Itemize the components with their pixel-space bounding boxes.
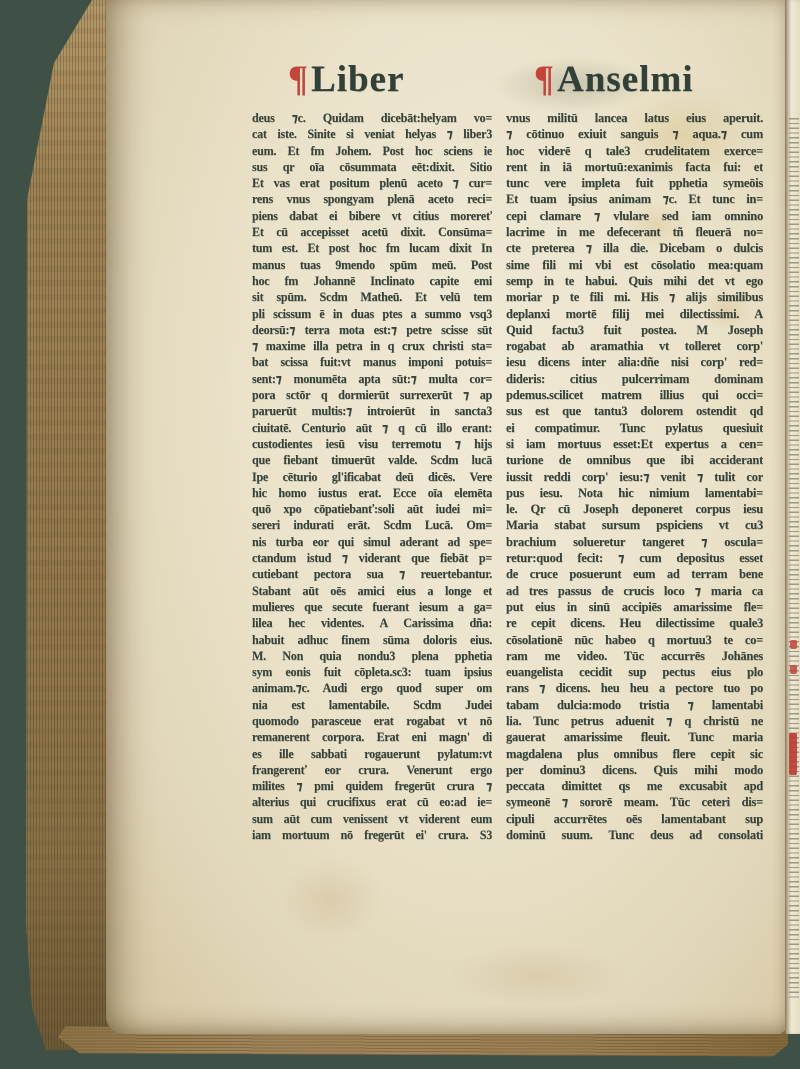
text-line: lacrime in me defecerant tñ fleuerā no= xyxy=(506,224,763,240)
text-line: nia est lamentabile. Scdm Judei xyxy=(252,697,492,713)
text-line: bat scissa fuit:vt manus imponi potuis= xyxy=(252,354,492,370)
text-line: re cepit dicens. Heu dilectissime quale3 xyxy=(506,615,763,631)
text-line: Quid factu3 fuit postea. M Joseph xyxy=(506,322,763,338)
text-line: alterius qui crucifixus erat cū eo:ad ie… xyxy=(252,794,492,810)
text-line: quomodo parasceue erat rogabat vt nō xyxy=(252,713,492,729)
text-line: cte preterea ⁊ illa die. Dicebam o dulci… xyxy=(506,240,763,256)
text-line: dominū suum. Tunc deus ad consolati xyxy=(506,827,763,843)
text-line: remanerent corpora. Erat eni magn' di xyxy=(252,729,492,745)
text-line: pdemus.scilicet matrem illius qui occi= xyxy=(506,387,763,403)
text-line: sus qr oīa cōsummata eēt:dixit. Sitio xyxy=(252,159,492,175)
running-title-left: ¶Liber xyxy=(288,58,404,106)
text-line: symeonē ⁊ sororē meam. Tūc ceteri dis= xyxy=(506,794,763,810)
text-line: pus iesu. Nota hic nimium lamentabi= xyxy=(506,485,763,501)
pilcrow-icon: ¶ xyxy=(288,59,309,100)
text-line: vnus militū lancea latus eius aperuit. xyxy=(506,110,763,126)
text-line: sime fili mi vbi est cōsolatio mea:quam xyxy=(506,257,763,273)
rubric-mark-icon xyxy=(790,665,797,674)
text-line: iesu dicens inter alia:dñe nisi corp' re… xyxy=(506,354,763,370)
text-line: M. Non quia nondu3 plena pphetia xyxy=(252,648,492,664)
text-line: frangerenť eor crura. Venerunt ergo xyxy=(252,762,492,778)
text-line: lia. Tunc petrus aduenit ⁊ q christū ne xyxy=(506,713,763,729)
text-line: milites ⁊ pmi quidem fregerūt crura ⁊ xyxy=(252,778,492,794)
text-line: moriar p te fili mi. His ⁊ alijs similib… xyxy=(506,289,763,305)
text-line: cat iste. Sinite si veniat helyas ⁊ libe… xyxy=(252,126,492,142)
text-line: rent in iā mortuū:exanimis facta fui: et xyxy=(506,159,763,175)
text-line: si iam mortuus esset:Et expertus a cen= xyxy=(506,436,763,452)
text-line: sum aūt cum venissent vt viderent eum xyxy=(252,811,492,827)
facing-page-edge xyxy=(785,0,800,1034)
text-line: Ipe cēturio gl'ificabat deū dicēs. Vere xyxy=(252,469,492,485)
rubric-initial-icon xyxy=(789,733,797,775)
text-line: rens vnus spongyam plenā aceto reci= xyxy=(252,191,492,207)
text-line: Stabant aūt oēs amici eius a longe et xyxy=(252,583,492,599)
text-line: iam mortuum nō fregerūt ei' crura. S3 xyxy=(252,827,492,843)
text-line: tunc vere impleta fuit pphetia symeōis xyxy=(506,175,763,191)
text-line: cipuli accurrētes oēs lamentabant sup xyxy=(506,811,763,827)
paper-stain xyxy=(406,930,666,1020)
text-line: nis turba eor qui simul aderant ad spe= xyxy=(252,534,492,550)
text-line: gauerat amarissime fleuit. Tunc maria xyxy=(506,729,763,745)
running-title-left-text: Liber xyxy=(311,59,404,100)
text-line: Et vas erat positum plenū aceto ⁊ cur= xyxy=(252,175,492,191)
text-line: quō xpo cōpatiebanť:soli aūt iudei mi= xyxy=(252,501,492,517)
paper-stain xyxy=(256,840,406,960)
text-line: Maria stabat sursum pspiciens vt cu3 xyxy=(506,517,763,533)
text-line: deorsū:⁊ terra mota est:⁊ petre scisse s… xyxy=(252,322,492,338)
text-line: ciuitatē. Centurio aūt ⁊ q cū illo erant… xyxy=(252,420,492,436)
text-line: ram me video. Tūc accurrēs Johānes xyxy=(506,648,763,664)
text-line: cepi clamare ⁊ vlulare sed iam omnino xyxy=(506,208,763,224)
text-column-left: deus ⁊c. Quidam dicebāt:helyam vo=cat is… xyxy=(252,110,492,843)
text-line: put eius in sinū accipiēs amarissime fle… xyxy=(506,599,763,615)
text-line: sereri indurati erāt. Scdm Lucā. Om= xyxy=(252,517,492,533)
text-line: cutiebant pectora sua ⁊ reuertebantur. xyxy=(252,566,492,582)
text-line: piens dabat ei bibere vt citius morereť xyxy=(252,208,492,224)
text-line: rogabat ab aramathia vt tolleret corp' xyxy=(506,338,763,354)
pilcrow-icon: ¶ xyxy=(534,59,555,100)
text-line: sit spūm. Scdm Matheū. Et velū tem xyxy=(252,289,492,305)
text-line: retur:quod fecit: ⁊ cum depositus esset xyxy=(506,550,763,566)
text-line: magdalena plus omnibus flere cepit sic xyxy=(506,746,763,762)
text-line: semp in te habui. Quis mihi det vt ego xyxy=(506,273,763,289)
text-line: habuit adhuc finem sūma doloris eius. xyxy=(252,632,492,648)
text-column-right: vnus militū lancea latus eius aperuit.⁊ … xyxy=(506,110,763,843)
text-line: le. Qr cū Joseph deponeret corpus iesu xyxy=(506,501,763,517)
text-line: brachium solueretur tangeret ⁊ oscula= xyxy=(506,534,763,550)
text-line: deus ⁊c. Quidam dicebāt:helyam vo= xyxy=(252,110,492,126)
text-line: manus tuas 9mendo spūm meū. Post xyxy=(252,257,492,273)
text-line: tabam dulcia:modo tristia ⁊ lamentabi xyxy=(506,697,763,713)
text-line: paruerūt multis:⁊ introierūt in sancta3 xyxy=(252,403,492,419)
text-line: ctandum istud ⁊ viderant que fiebāt p= xyxy=(252,550,492,566)
text-line: ei compatimur. Tunc pylatus quesiuit xyxy=(506,420,763,436)
facing-page-textlines xyxy=(789,118,799,998)
text-line: sent:⁊ monumēta apta sūt:⁊ multa cor= xyxy=(252,371,492,387)
text-line: hoc fm Johannē Inclinato capite emi xyxy=(252,273,492,289)
scan-background: ¶Liber ¶Anselmi deus ⁊c. Quidam dicebāt:… xyxy=(0,0,800,1069)
text-line: turione de omnibus que ibi acciderant xyxy=(506,452,763,468)
text-line: euangelista cecidit sup pectus eius plo xyxy=(506,664,763,680)
text-line: ⁊ cōtinuo exiuit sanguis ⁊ aqua.⁊ cum xyxy=(506,126,763,142)
text-line: sus est que tantu3 dolorem ostendit qd xyxy=(506,403,763,419)
text-line: per dominu3 dicens. Quis mihi modo xyxy=(506,762,763,778)
running-title-right: ¶Anselmi xyxy=(534,58,693,106)
text-line: cōsolationē nūc habeo q mortuu3 te co= xyxy=(506,632,763,648)
text-line: sym eonis fuit cōpleta.sc3: tuam ipsius xyxy=(252,664,492,680)
text-line: Et tuam ipsius animam ⁊c. Et tunc in= xyxy=(506,191,763,207)
text-line: animam.⁊c. Audi ergo quod super om xyxy=(252,680,492,696)
rubric-mark-icon xyxy=(790,640,797,649)
text-line: es ille sabbati rogauerunt pylatum:vt xyxy=(252,746,492,762)
text-line: custodientes iesū visu terremotu ⁊ hijs xyxy=(252,436,492,452)
text-line: que fiebant timuerūt valde. Scdm lucā xyxy=(252,452,492,468)
text-line: dideris: citius pulcerrimam dominam xyxy=(506,371,763,387)
text-line: pli scissum ē in duas ptes a summo vsq3 xyxy=(252,306,492,322)
incunabulum-scan: { "header": { "pilcrow": "¶", "left_titl… xyxy=(0,0,800,1069)
text-line: ad tres passus de crucis loco ⁊ maria ca xyxy=(506,583,763,599)
text-line: tum est. Et post hoc fm lucam dixit In xyxy=(252,240,492,256)
text-line: iussit reddi corp' iesu:⁊ venit ⁊ tulit … xyxy=(506,469,763,485)
text-line: eum. Et fm Johem. Post hoc sciens ie xyxy=(252,143,492,159)
text-line: ⁊ maxime illa petra in q crux christi st… xyxy=(252,338,492,354)
text-line: Et cū accepisset acetū dixit. Consūma= xyxy=(252,224,492,240)
text-line: mulieres que secute fuerant iesum a ga= xyxy=(252,599,492,615)
running-title-right-text: Anselmi xyxy=(557,59,694,100)
text-line: deplanxi mortē filij mei dilectissimi. A xyxy=(506,306,763,322)
text-line: hoc viderē q tale3 crudelitatem exerce= xyxy=(506,143,763,159)
text-line: rans ⁊ dicens. heu heu a pectore tuo po xyxy=(506,680,763,696)
text-line: lilea hec videntes. A Carissima dña: xyxy=(252,615,492,631)
text-line: de cruce posuerunt eum ad terram bene xyxy=(506,566,763,582)
text-line: hic homo iustus erat. Ecce oīa elemēta xyxy=(252,485,492,501)
text-line: peccata dimittet qs me excusabit apd xyxy=(506,778,763,794)
text-line: pora sctōr q dormierūt surrexerūt ⁊ ap xyxy=(252,387,492,403)
